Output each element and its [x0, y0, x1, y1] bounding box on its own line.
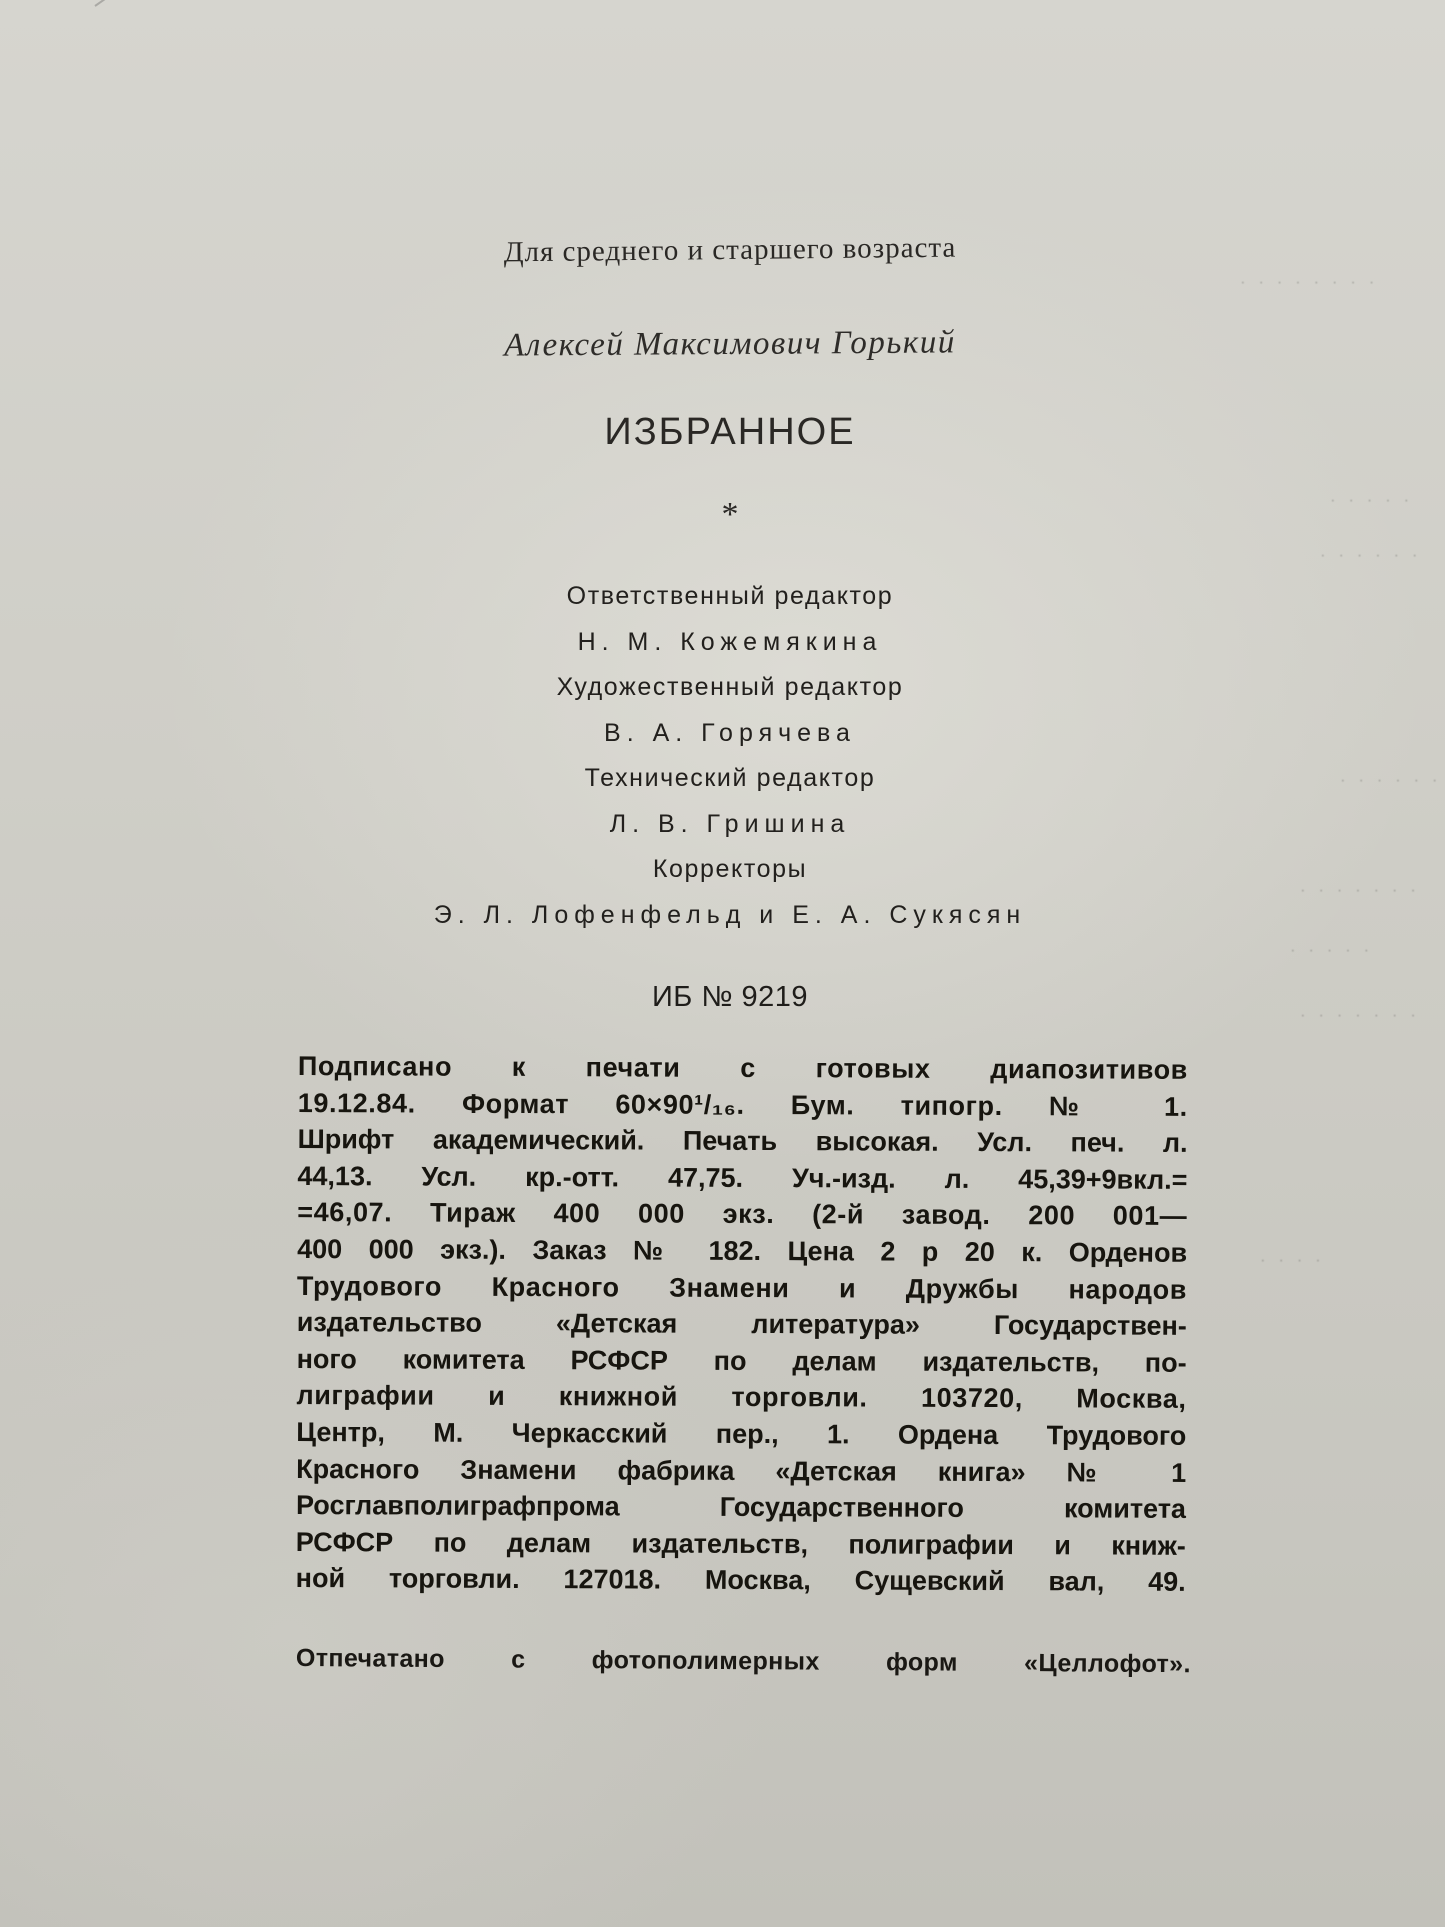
- imprint-line: Подписано к печати с готовых диапозитиво…: [298, 1048, 1188, 1088]
- printed-note: Отпечатано с фотополимерных форм «Целлоф…: [296, 1644, 1191, 1679]
- credit-name: Э. Л. Лофенфельд и Е. А. Сукясян: [330, 893, 1130, 939]
- credit-role: Корректоры: [330, 847, 1130, 893]
- credit-role: Технический редактор: [330, 756, 1130, 802]
- credit-role: Художественный редактор: [330, 665, 1130, 711]
- page-crease: [94, 0, 144, 7]
- show-through-text: · · · · · · ·: [1300, 1005, 1420, 1025]
- asterisk-separator: *: [370, 496, 1090, 534]
- imprint-line: Трудового Красного Знамени и Дружбы наро…: [297, 1268, 1187, 1308]
- audience-note: Для среднего и старшего возраста: [380, 230, 1080, 270]
- show-through-text: · · · · · · ·: [1300, 880, 1420, 900]
- book-page: · · · · · · · · · · · · · · · · · · · · …: [0, 0, 1445, 1927]
- imprint-paragraph: Подписано к печати с готовых диапозитиво…: [296, 1048, 1188, 1601]
- author-name: Алексей Максимович Горький: [370, 323, 1090, 365]
- show-through-text: · · · · · · · ·: [1240, 272, 1378, 292]
- imprint-line: издательство «Детская литература» Госуда…: [297, 1304, 1187, 1344]
- imprint-line: 400 000 экз.). Заказ № 182. Цена 2 р 20 …: [297, 1231, 1187, 1271]
- imprint-line: лиграфии и книжной торговли. 103720, Мос…: [296, 1377, 1186, 1417]
- imprint-line: Центр, М. Черкасский пер., 1. Ордена Тру…: [296, 1414, 1186, 1454]
- imprint-line: 44,13. Усл. кр.-отт. 47,75. Уч.-изд. л. …: [297, 1158, 1187, 1198]
- imprint-line: Росглавполиграфпрома Государственного ко…: [296, 1487, 1186, 1527]
- imprint-line: Шрифт академический. Печать высокая. Усл…: [298, 1121, 1188, 1161]
- imprint-line: Красного Знамени фабрика «Детская книга»…: [296, 1451, 1186, 1491]
- editorial-credits: Ответственный редактор Н. М. Кожемякина …: [330, 574, 1130, 938]
- imprint-line: ной торговли. 127018. Москва, Сущевский …: [296, 1560, 1186, 1600]
- imprint-line: =46,07. Тираж 400 000 экз. (2-й завод. 2…: [297, 1194, 1187, 1234]
- imprint-line: ного комитета РСФСР по делам издательств…: [297, 1341, 1187, 1381]
- credit-name: В. А. Горячева: [330, 711, 1130, 757]
- credit-name: Н. М. Кожемякина: [330, 620, 1130, 666]
- show-through-text: · · · · ·: [1290, 940, 1373, 960]
- show-through-text: · · · · ·: [1330, 490, 1413, 510]
- credit-name: Л. В. Гришина: [330, 802, 1130, 848]
- imprint-line: РСФСР по делам издательств, полиграфии и…: [296, 1524, 1186, 1564]
- show-through-text: · · · · · ·: [1320, 545, 1422, 565]
- show-through-text: · · · · · ·: [1340, 770, 1442, 790]
- show-through-text: · · · ·: [1260, 1250, 1325, 1270]
- ib-number: ИБ № 9219: [370, 981, 1090, 1014]
- imprint-line: 19.12.84. Формат 60×90¹/₁₆. Бум. типогр.…: [298, 1085, 1188, 1125]
- book-title: ИЗБРАННОЕ: [370, 411, 1090, 454]
- credit-role: Ответственный редактор: [330, 574, 1130, 620]
